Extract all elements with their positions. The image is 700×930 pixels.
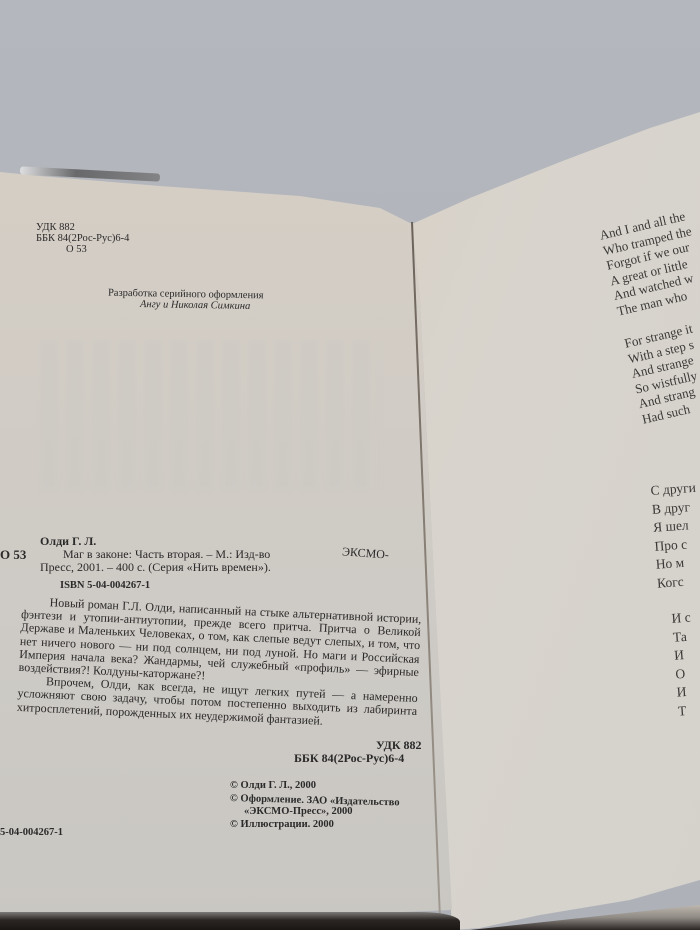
poem-russian-stanza-2: И с Та И О И Т [671,605,700,720]
isbn-bottom: 5-04-004267-1 [0,827,63,838]
catalog-isbn: ISBN 5-04-004267-1 [60,580,150,591]
poem-line: И с [671,605,700,628]
show-through-print [40,340,380,490]
catalog-author-mark: О 53 [0,548,26,561]
udk-top: УДК 882 [36,222,75,233]
series-design-authors: Ангу и Николая Симкина [140,299,250,312]
copyright-author: © Олди Г. Л., 2000 [230,780,316,791]
copyright-design-publisher: «ЭКСМО-Пресс», 2000 [244,806,353,817]
copyright-illustrations: © Иллюстрации. 2000 [230,819,334,830]
author-mark-top: О 53 [66,244,87,255]
poem-russian-stanza-1: С други В друг Я шел Про с Но м Когс [650,476,700,592]
catalog-title-line2: Пресс, 2001. – 400 с. (Серия «Нить време… [40,561,271,574]
bbk-bottom: ББК 84(2Рос-Рус)6-4 [294,752,404,765]
poem-line: И [676,679,700,702]
bbk-top: ББК 84(2Рос-Рус)6-4 [36,233,129,244]
book-cover-bottom-edge [0,912,460,930]
book-abstract: Новый роман Г.Л. Олди, написанный на сты… [17,595,422,732]
